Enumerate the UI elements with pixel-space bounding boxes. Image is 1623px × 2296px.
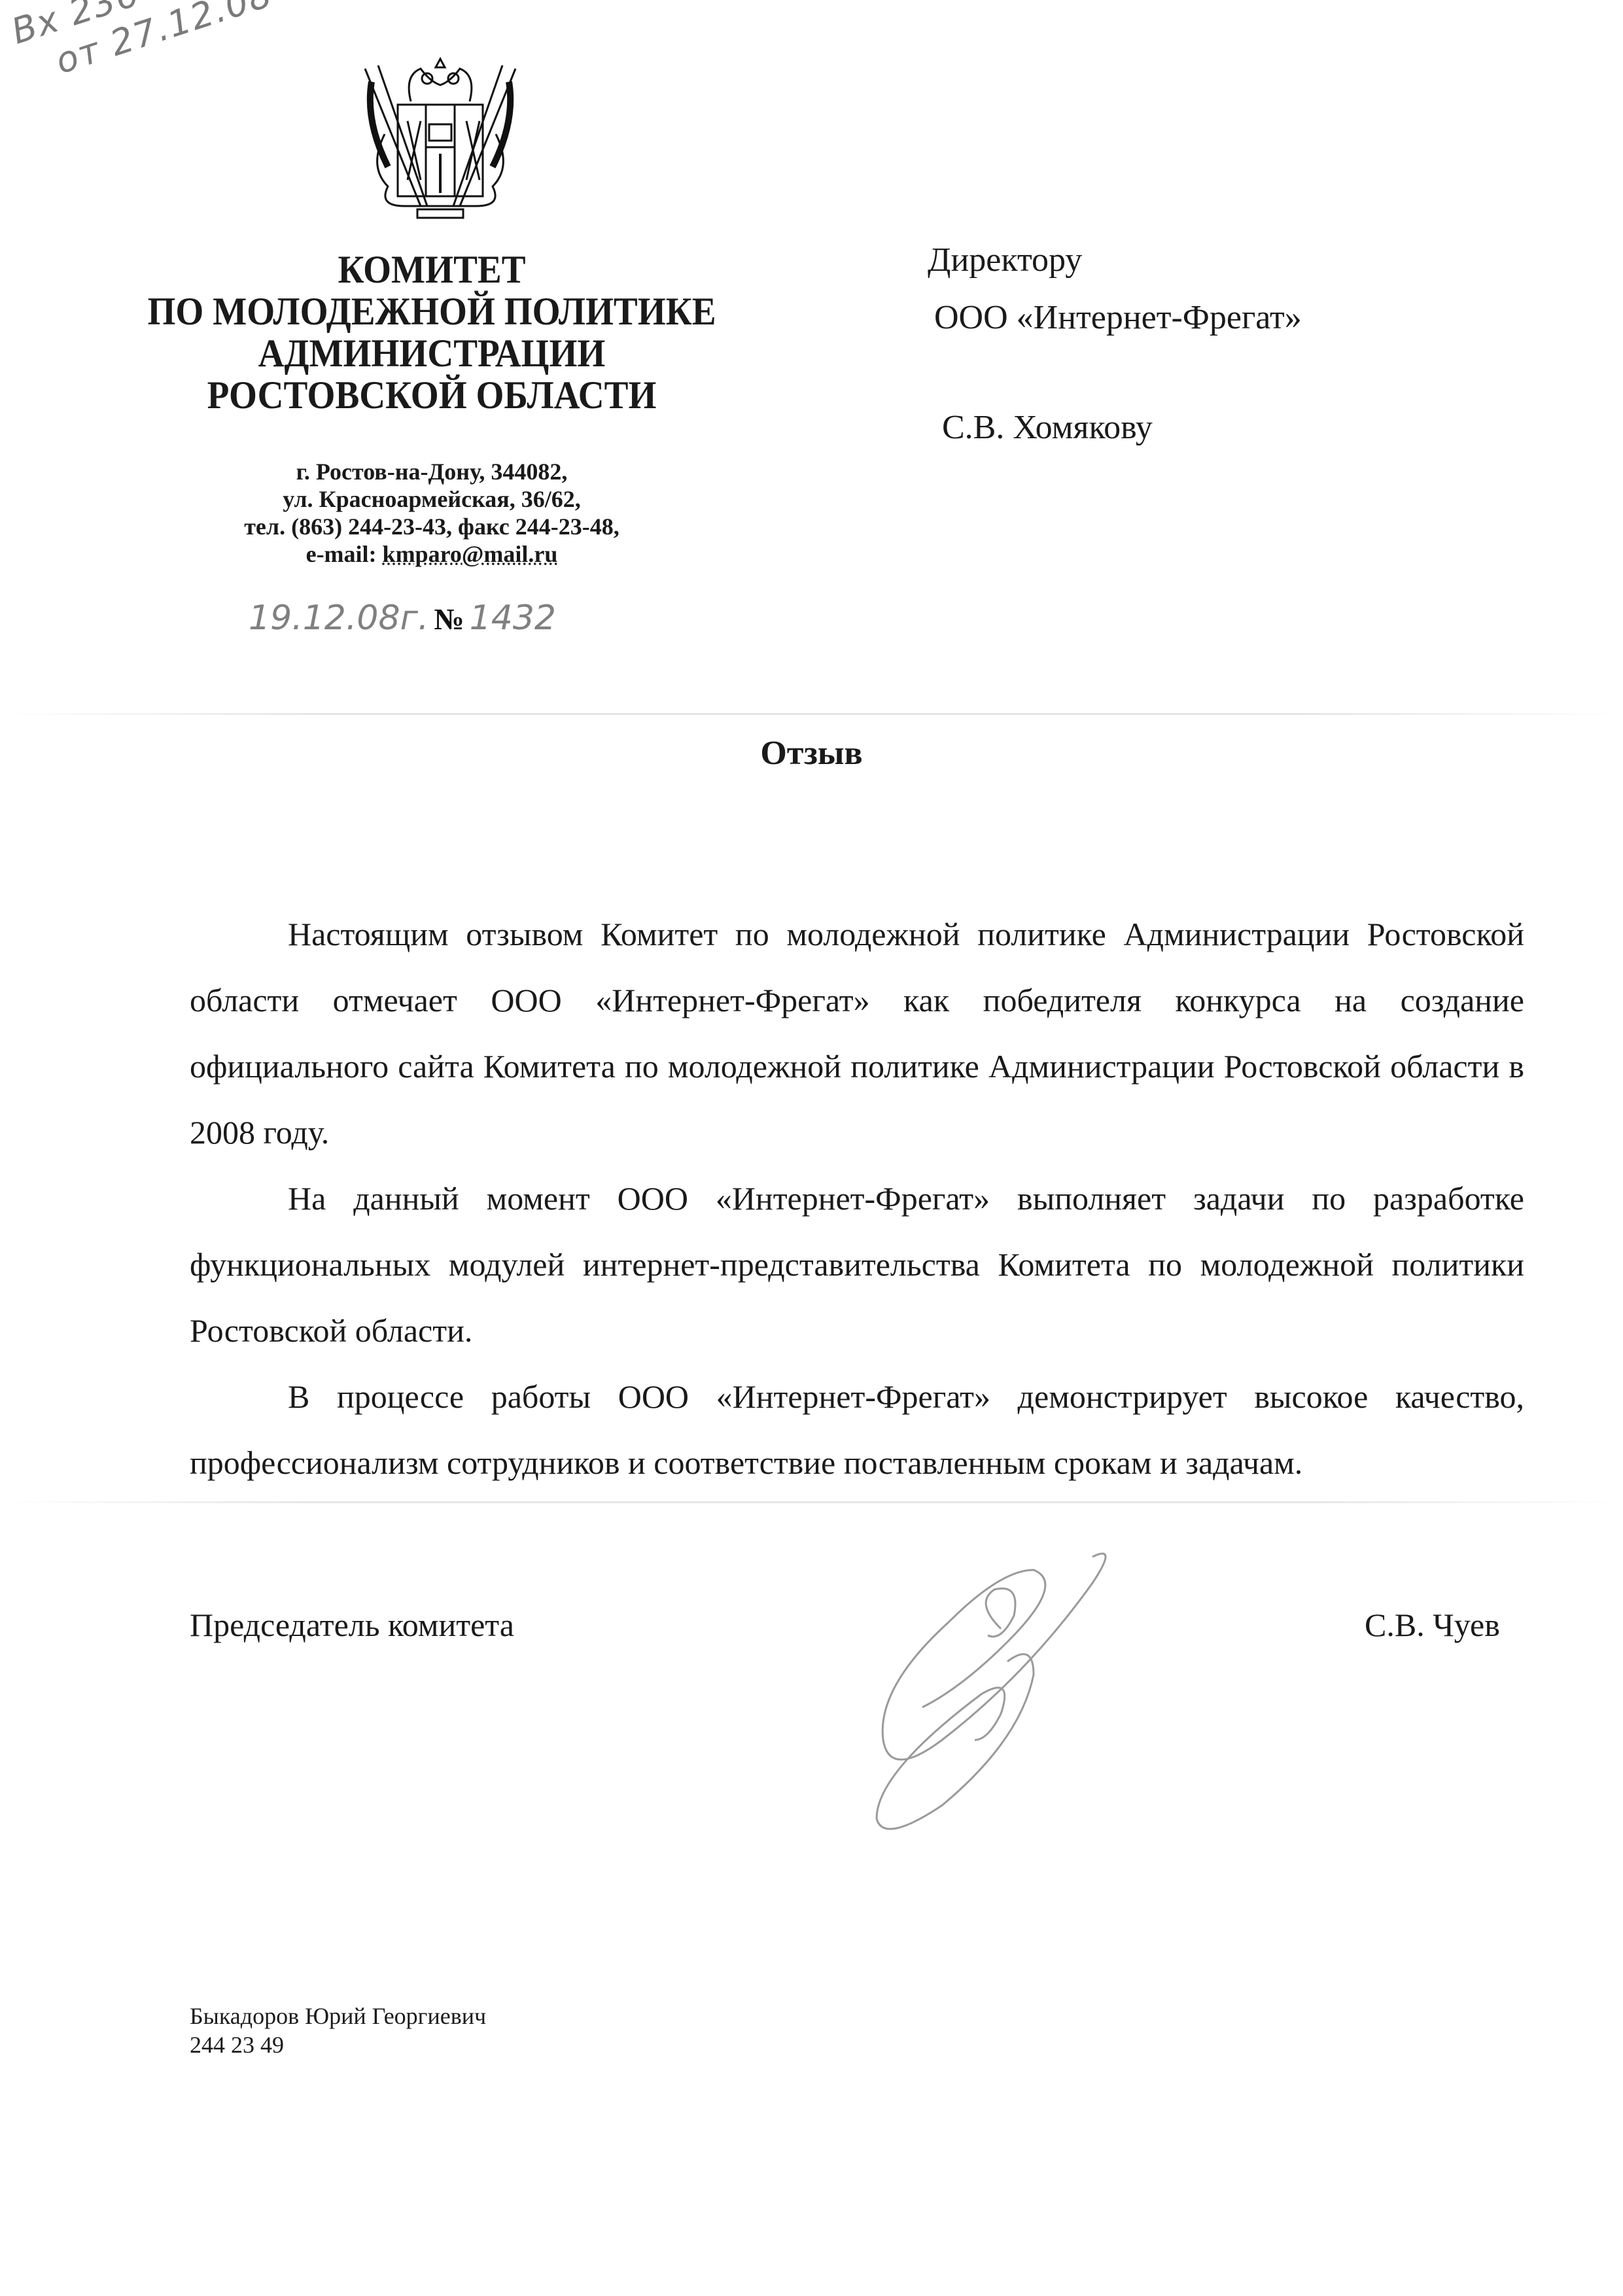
organization-name: КОМИТЕТ ПО МОЛОДЕЖНОЙ ПОЛИТИКЕ АДМИНИСТР… [131,249,733,416]
body-paragraph: Настоящим отзывом Комитет по молодежной … [190,901,1524,1166]
email-line: e-mail: kmparo@mail.ru [105,540,759,568]
coat-of-arms-icon [358,56,522,219]
executor-contact: Быкадоров Юрий Георгиевич 244 23 49 [190,2002,486,2059]
address-line: ул. Красноармейская, 36/62, [105,485,759,513]
outgoing-reference: 19.12.08г.№1432 [249,599,556,638]
organization-address: г. Ростов-на-Дону, 344082, ул. Красноарм… [105,458,759,568]
address-line: г. Ростов-на-Дону, 344082, [105,458,759,485]
org-line: АДМИНИСТРАЦИИ [131,332,733,374]
incoming-registration-note: Вх 236 от 27.12.08 [7,0,277,93]
handwritten-signature-icon [726,1544,1197,1845]
recipient-company: ООО «Интернет-Фрегат» [934,298,1302,338]
body-paragraph: В процессе работы ООО «Интернет-Фрегат» … [190,1364,1524,1496]
recipient-name: С.В. Хомякову [942,408,1302,447]
signatory-name: С.В. Чуев [1365,1606,1500,1644]
executor-name: Быкадоров Юрий Георгиевич [190,2002,486,2030]
scan-fold-line [0,713,1623,715]
org-line: РОСТОВСКОЙ ОБЛАСТИ [131,374,733,416]
outgoing-number: 1432 [470,599,556,638]
email-link[interactable]: kmparo@mail.ru [383,541,558,567]
number-sign: № [434,602,464,636]
recipient-block: Директору ООО «Интернет-Фрегат» С.В. Хом… [928,241,1302,447]
org-line: КОМИТЕТ [131,249,733,290]
document-title: Отзыв [0,734,1623,773]
recipient-position: Директору [928,241,1302,280]
scan-fold-line [0,1501,1623,1503]
body-paragraph: На данный момент ООО «Интернет-Фрегат» в… [190,1166,1524,1364]
outgoing-date: 19.12.08г. [249,599,428,638]
executor-phone: 244 23 49 [190,2030,486,2059]
email-label: e-mail: [306,541,383,567]
address-line: тел. (863) 244-23-43, факс 244-23-48, [105,513,759,540]
signatory-position: Председатель комитета [190,1606,514,1644]
org-line: ПО МОЛОДЕЖНОЙ ПОЛИТИКЕ [131,290,733,332]
document-body: Настоящим отзывом Комитет по молодежной … [190,901,1524,1496]
